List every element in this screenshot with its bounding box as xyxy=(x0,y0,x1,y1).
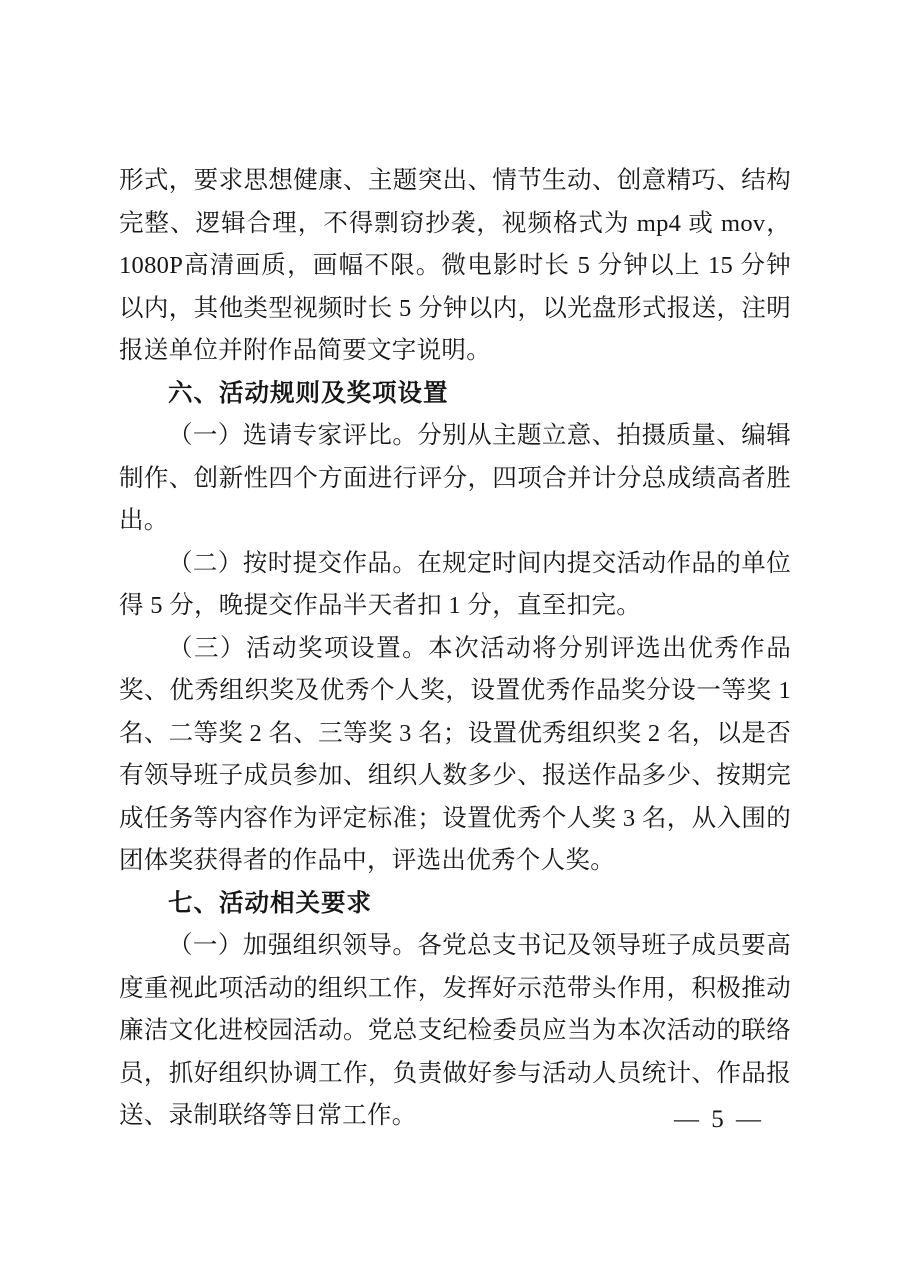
paragraph: （一）选请专家评比。分别从主题立意、拍摄质量、编辑制作、创新性四个方面进行评分，… xyxy=(119,415,791,543)
document-body: 形式，要求思想健康、主题突出、情节生动、创意精巧、结构完整、逻辑合理，不得剽窃抄… xyxy=(119,160,791,1138)
paragraph: 形式，要求思想健康、主题突出、情节生动、创意精巧、结构完整、逻辑合理，不得剽窃抄… xyxy=(119,160,791,373)
section-heading: 七、活动相关要求 xyxy=(119,883,791,926)
document-page: 形式，要求思想健康、主题突出、情节生动、创意精巧、结构完整、逻辑合理，不得剽窃抄… xyxy=(0,0,900,1272)
paragraph: （二）按时提交作品。在规定时间内提交活动作品的单位得 5 分，晚提交作品半天者扣… xyxy=(119,543,791,628)
section-heading: 六、活动规则及奖项设置 xyxy=(119,373,791,416)
page-number: — 5 — xyxy=(674,1106,764,1134)
paragraph: （三）活动奖项设置。本次活动将分别评选出优秀作品奖、优秀组织奖及优秀个人奖，设置… xyxy=(119,628,791,883)
